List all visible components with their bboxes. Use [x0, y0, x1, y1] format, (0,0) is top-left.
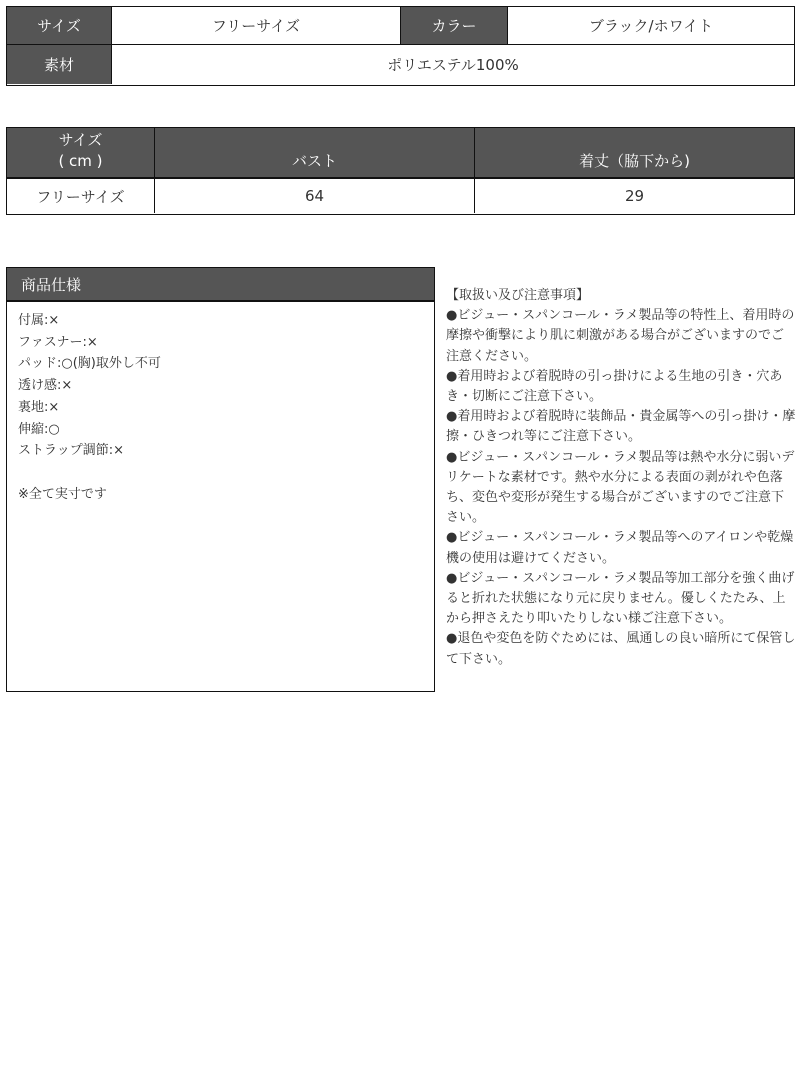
care-note-item: ●退色や変色を防ぐためには、風通しの良い暗所にて保管して下さい。	[446, 629, 796, 669]
row-bust-value: 64	[305, 187, 324, 205]
spec-item-strap: ストラップ調節:×	[18, 440, 426, 462]
spec-item-stretch: 伸縮:○	[18, 419, 426, 441]
color-value-cell: ブラック/ホワイト	[508, 7, 794, 45]
spec-item-accessories: 付属:×	[18, 310, 426, 332]
basic-info-table: サイズ フリーサイズ カラー ブラック/ホワイト 素材 ポリエステル100%	[6, 6, 795, 86]
bust-header: バスト	[292, 150, 337, 171]
table-row-bust: 64	[155, 179, 475, 213]
care-note-item: ●着用時および着脱時に装飾品・貴金属等への引っ掛け・摩擦・ひきつれ等にご注意下さ…	[446, 407, 796, 447]
size-value: フリーサイズ	[212, 15, 300, 36]
color-label: カラー	[431, 15, 476, 36]
color-value: ブラック/ホワイト	[589, 15, 713, 36]
care-note-item: ●ビジュー・スパンコール・ラメ製品等は熱や水分に弱いデリケートな素材です。熱や水…	[446, 448, 796, 529]
material-value: ポリエステル100%	[387, 54, 519, 75]
row-length-value: 29	[625, 187, 644, 205]
size-label: サイズ	[37, 15, 81, 36]
spec-list: 付属:× ファスナー:× パッド:○(胸)取外し不可 透け感:× 裏地:× 伸縮…	[18, 310, 426, 505]
product-spec-box: 商品仕様 付属:× ファスナー:× パッド:○(胸)取外し不可 透け感:× 裏地…	[6, 267, 435, 692]
spec-item-pad: パッド:○(胸)取外し不可	[18, 353, 426, 375]
spec-header: 商品仕様	[7, 268, 434, 302]
table-row-size: フリーサイズ	[7, 179, 155, 213]
spec-title: 商品仕様	[21, 274, 81, 295]
color-label-cell: カラー	[400, 7, 508, 45]
spec-item-lining: 裏地:×	[18, 397, 426, 419]
size-label-cell: サイズ	[7, 7, 112, 45]
care-note-item: ●ビジュー・スパンコール・ラメ製品等加工部分を強く曲げると折れた状態になり元に戻…	[446, 569, 796, 630]
table-row-length: 29	[475, 179, 794, 213]
size-header-line1: サイズ	[59, 130, 103, 151]
material-label: 素材	[44, 54, 74, 75]
material-value-cell: ポリエステル100%	[112, 45, 794, 84]
spec-item-fastener: ファスナー:×	[18, 332, 426, 354]
spec-item-sheerness: 透け感:×	[18, 375, 426, 397]
size-header-line2: ( cm )	[58, 151, 102, 172]
care-notes: 【取扱い及び注意事項】 ●ビジュー・スパンコール・ラメ製品等の特性上、着用時の摩…	[446, 286, 796, 670]
care-note-item: ●ビジュー・スパンコール・ラメ製品等の特性上、着用時の摩擦や衝撃により肌に刺激が…	[446, 306, 796, 367]
care-note-item: ●着用時および着脱時の引っ掛けによる生地の引き・穴あき・切断にご注意下さい。	[446, 367, 796, 407]
size-table-header-length: 着丈（脇下から)	[475, 128, 794, 179]
spec-item-note: ※全て実寸です	[18, 484, 426, 506]
size-table: サイズ ( cm ) バスト 着丈（脇下から) フリーサイズ 64 29	[6, 127, 795, 215]
care-notes-title: 【取扱い及び注意事項】	[446, 286, 796, 306]
spec-item-blank	[18, 462, 426, 484]
material-label-cell: 素材	[7, 45, 112, 84]
size-table-header-bust: バスト	[155, 128, 475, 179]
row-size-value: フリーサイズ	[36, 186, 124, 207]
size-table-header-size: サイズ ( cm )	[7, 128, 155, 179]
length-header: 着丈（脇下から)	[579, 150, 690, 171]
care-note-item: ●ビジュー・スパンコール・ラメ製品等へのアイロンや乾燥機の使用は避けてください。	[446, 528, 796, 568]
size-value-cell: フリーサイズ	[112, 7, 400, 45]
